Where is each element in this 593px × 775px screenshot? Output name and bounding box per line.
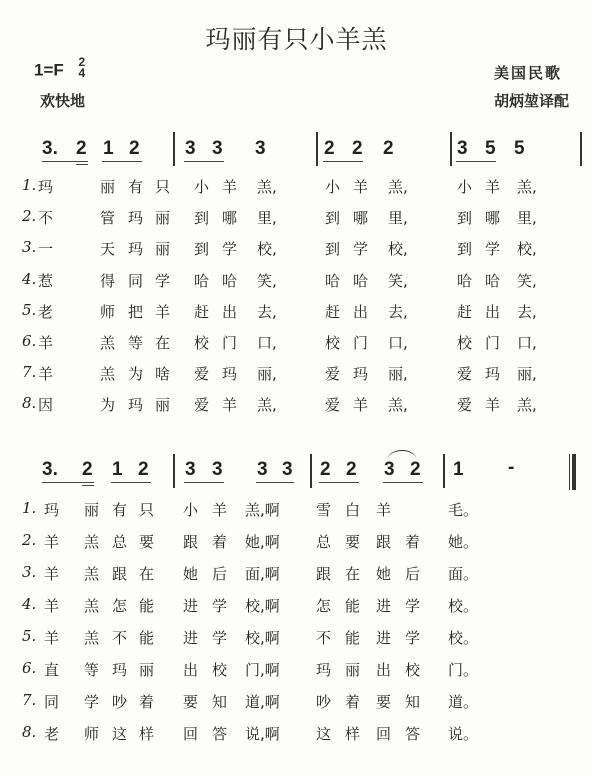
lyric-syllable: 学 — [353, 238, 368, 259]
note: 2 — [129, 138, 140, 160]
lyric-syllable: 羊 — [212, 499, 227, 520]
final-bar-thick — [572, 454, 576, 490]
lyric-syllable: 丽, — [257, 363, 277, 384]
lyric-syllable: 羊 — [38, 363, 53, 384]
lyric-syllable: 校, — [388, 238, 408, 259]
lyric-syllable: 羊 — [44, 563, 59, 584]
lyric-syllable: 门 — [222, 332, 237, 353]
lyric-syllable: 羔, — [388, 176, 408, 197]
verse-number: 2. — [22, 207, 36, 225]
bar-line — [443, 454, 445, 488]
verse-number: 8. — [22, 394, 36, 412]
lyric-syllable: 跟 — [183, 531, 198, 552]
lyric-syllable: 爱 — [325, 363, 340, 384]
lyric-syllable: 羊 — [155, 301, 170, 322]
lyric-syllable: 校,啊 — [245, 627, 280, 648]
lyric-syllable: 羊 — [353, 176, 368, 197]
beam — [184, 482, 224, 483]
lyric-syllable: 到 — [325, 238, 340, 259]
lyric-syllable: 羊 — [44, 595, 59, 616]
key-label: 1=F — [34, 60, 64, 79]
lyric-syllable: 羊 — [353, 394, 368, 415]
lyric-syllable: 学 — [405, 595, 420, 616]
lyric-syllable: 吵 — [112, 691, 127, 712]
lyric-syllable: 哈 — [353, 270, 368, 291]
lyric-syllable: 羊 — [222, 394, 237, 415]
note: 5 — [485, 138, 496, 160]
lyric-syllable: 羊 — [376, 499, 391, 520]
lyric-syllable: 不 — [316, 627, 331, 648]
lyric-syllable: 着 — [139, 691, 154, 712]
lyric-syllable: 口, — [257, 332, 277, 353]
lyric-syllable: 校 — [325, 332, 340, 353]
note: 1 — [453, 459, 464, 481]
lyric-syllable: 出 — [222, 301, 237, 322]
key-signature: 1=F 2 4 — [34, 60, 85, 82]
beam — [111, 482, 151, 483]
lyric-syllable: 学 — [222, 238, 237, 259]
lyric-syllable: 里, — [257, 207, 277, 228]
lyric-syllable: 能 — [139, 627, 154, 648]
lyric-syllable: 玛 — [38, 176, 53, 197]
lyric-syllable: 羔 — [84, 531, 99, 552]
bar-line — [316, 132, 318, 166]
lyric-syllable: 只 — [155, 176, 170, 197]
lyric-syllable: 羊 — [485, 394, 500, 415]
bar-line — [310, 454, 312, 488]
lyric-syllable: 怎 — [112, 595, 127, 616]
lyric-syllable: 玛 — [128, 394, 143, 415]
lyric-syllable: 说,啊 — [245, 723, 280, 744]
lyric-syllable: 赶 — [194, 301, 209, 322]
lyric-syllable: 丽 — [139, 659, 154, 680]
beam — [323, 161, 363, 162]
lyric-syllable: 她 — [376, 563, 391, 584]
lyric-syllable: 笑, — [517, 270, 537, 291]
lyric-syllable: 到 — [194, 207, 209, 228]
lyric-syllable: 后 — [405, 563, 420, 584]
lyric-syllable: 直 — [44, 659, 59, 680]
lyric-syllable: 口, — [517, 332, 537, 353]
lyric-syllable: 着 — [405, 531, 420, 552]
note: 3 — [257, 459, 268, 481]
lyric-syllable: 羔 — [100, 363, 115, 384]
lyric-syllable: 羔,啊 — [245, 499, 280, 520]
lyric-syllable: 口, — [388, 332, 408, 353]
lyric-syllable: 面,啊 — [245, 563, 280, 584]
lyric-syllable: 校 — [212, 659, 227, 680]
lyric-syllable: 到 — [457, 238, 472, 259]
lyric-syllable: 进 — [183, 595, 198, 616]
lyric-syllable: 校。 — [448, 595, 478, 616]
note: 1 — [112, 459, 123, 481]
lyric-syllable: 小 — [457, 176, 472, 197]
lyric-syllable: 怎 — [316, 595, 331, 616]
lyric-syllable: 出 — [353, 301, 368, 322]
lyric-syllable: 门 — [353, 332, 368, 353]
lyric-syllable: 丽 — [345, 659, 360, 680]
beam — [456, 161, 496, 162]
note: 3 — [384, 459, 395, 481]
lyric-syllable: 爱 — [457, 394, 472, 415]
lyric-syllable: 道。 — [448, 691, 478, 712]
time-signature: 2 4 — [79, 57, 86, 79]
lyric-syllable: 羔, — [517, 176, 537, 197]
note: 3 — [282, 459, 293, 481]
lyric-syllable: 能 — [139, 595, 154, 616]
verse-number: 6. — [22, 332, 36, 350]
lyric-syllable: 丽 — [155, 394, 170, 415]
lyric-syllable: 哈 — [457, 270, 472, 291]
lyric-syllable: 老 — [38, 301, 53, 322]
bar-line — [173, 454, 175, 488]
note: 3. — [42, 138, 58, 160]
lyric-syllable: 赶 — [325, 301, 340, 322]
lyric-syllable: 把 — [128, 301, 143, 322]
note: 2 — [352, 138, 363, 160]
lyric-syllable: 知 — [405, 691, 420, 712]
lyric-syllable: 哈 — [325, 270, 340, 291]
lyric-syllable: 答 — [405, 723, 420, 744]
lyric-syllable: 羊 — [38, 332, 53, 353]
note: 2 — [138, 459, 149, 481]
lyric-syllable: 样 — [345, 723, 360, 744]
lyric-syllable: 羔, — [517, 394, 537, 415]
lyric-syllable: 玛 — [44, 499, 59, 520]
lyric-syllable: 天 — [100, 238, 115, 259]
lyric-syllable: 不 — [112, 627, 127, 648]
verse-number: 7. — [22, 363, 36, 381]
note: 3. — [42, 459, 58, 481]
lyric-syllable: 只 — [139, 499, 154, 520]
verse-number: 4. — [22, 595, 36, 613]
lyric-syllable: 哪 — [485, 207, 500, 228]
lyric-syllable: 校,啊 — [245, 595, 280, 616]
lyric-syllable: 羊 — [485, 176, 500, 197]
lyric-syllable: 回 — [376, 723, 391, 744]
lyric-syllable: 答 — [212, 723, 227, 744]
lyric-syllable: 校, — [517, 238, 537, 259]
song-title: 玛丽有只小羊羔 — [0, 20, 593, 56]
verse-number: 7. — [22, 691, 36, 709]
lyric-syllable: 羊 — [222, 176, 237, 197]
lyric-syllable: 惹 — [38, 270, 53, 291]
lyric-syllable: 哪 — [353, 207, 368, 228]
lyric-syllable: 她 — [183, 563, 198, 584]
lyric-syllable: 丽 — [155, 238, 170, 259]
lyric-syllable: 能 — [345, 627, 360, 648]
lyric-syllable: 有 — [112, 499, 127, 520]
lyric-syllable: 毛。 — [448, 499, 478, 520]
lyric-syllable: 在 — [345, 563, 360, 584]
lyric-syllable: 哈 — [194, 270, 209, 291]
lyric-syllable: 得 — [100, 270, 115, 291]
lyric-syllable: 进 — [376, 627, 391, 648]
lyric-syllable: 丽 — [100, 176, 115, 197]
lyric-syllable: 里, — [517, 207, 537, 228]
lyric-syllable: 去, — [388, 301, 408, 322]
lyric-syllable: 门。 — [448, 659, 478, 680]
song-origin: 美国民歌 — [494, 62, 562, 83]
note: 5 — [514, 138, 525, 160]
lyric-syllable: 到 — [194, 238, 209, 259]
verse-number: 5. — [22, 627, 36, 645]
lyric-syllable: 玛 — [112, 659, 127, 680]
lyric-syllable: 门 — [485, 332, 500, 353]
beam — [42, 482, 94, 483]
lyric-syllable: 学 — [212, 595, 227, 616]
lyric-syllable: 爱 — [194, 363, 209, 384]
note: 3 — [255, 138, 266, 160]
lyric-syllable: 里, — [388, 207, 408, 228]
note: 2 — [346, 459, 357, 481]
lyric-syllable: 赶 — [457, 301, 472, 322]
note: 3 — [185, 459, 196, 481]
lyric-syllable: 爱 — [194, 394, 209, 415]
lyric-syllable: 因 — [38, 394, 53, 415]
lyric-syllable: 为 — [100, 394, 115, 415]
lyric-syllable: 回 — [183, 723, 198, 744]
verse-number: 8. — [22, 723, 36, 741]
lyric-syllable: 门,啊 — [245, 659, 280, 680]
lyric-syllable: 笑, — [388, 270, 408, 291]
lyric-syllable: 羊 — [44, 627, 59, 648]
note: 2 — [324, 138, 335, 160]
lyric-syllable: 去, — [517, 301, 537, 322]
verse-number: 2. — [22, 531, 36, 549]
lyric-syllable: 小 — [183, 499, 198, 520]
note: 3 — [185, 138, 196, 160]
lyric-syllable: 丽 — [84, 499, 99, 520]
lyric-syllable: 师 — [100, 301, 115, 322]
lyric-syllable: 爱 — [457, 363, 472, 384]
tempo-marking: 欢快地 — [40, 90, 85, 111]
song-arranger: 胡炳堃译配 — [494, 90, 569, 111]
lyric-syllable: 丽, — [517, 363, 537, 384]
lyric-syllable: 校。 — [448, 627, 478, 648]
verse-number: 3. — [22, 238, 36, 256]
lyric-syllable: 等 — [128, 332, 143, 353]
note: 3 — [212, 138, 223, 160]
lyric-syllable: 羔 — [84, 595, 99, 616]
lyric-syllable: 丽, — [388, 363, 408, 384]
lyric-syllable: 学 — [155, 270, 170, 291]
lyric-syllable: 玛 — [485, 363, 500, 384]
note: 2 — [82, 459, 93, 481]
lyric-syllable: 学 — [84, 691, 99, 712]
lyric-syllable: 到 — [325, 207, 340, 228]
note: 1 — [103, 138, 114, 160]
verse-number: 1. — [22, 176, 36, 194]
verse-number: 5. — [22, 301, 36, 319]
lyric-syllable: 吵 — [316, 691, 331, 712]
lyric-syllable: 道,啊 — [245, 691, 280, 712]
lyric-syllable: 白 — [345, 499, 360, 520]
note: 2 — [320, 459, 331, 481]
lyric-syllable: 能 — [345, 595, 360, 616]
note: 2 — [76, 138, 87, 160]
lyric-syllable: 去, — [257, 301, 277, 322]
beam — [42, 161, 88, 162]
lyric-syllable: 出 — [485, 301, 500, 322]
lyric-syllable: 校 — [194, 332, 209, 353]
lyric-syllable: 爱 — [325, 394, 340, 415]
verse-number: 3. — [22, 563, 36, 581]
lyric-syllable: 羊 — [44, 531, 59, 552]
lyric-syllable: 哈 — [222, 270, 237, 291]
note: 3 — [457, 138, 468, 160]
lyric-syllable: 校, — [257, 238, 277, 259]
lyric-syllable: 她。 — [448, 531, 478, 552]
beam — [82, 485, 94, 486]
lyric-syllable: 校 — [405, 659, 420, 680]
lyric-syllable: 着 — [212, 531, 227, 552]
lyric-syllable: 玛 — [128, 207, 143, 228]
lyric-syllable: 管 — [100, 207, 115, 228]
lyric-syllable: 总 — [316, 531, 331, 552]
lyric-syllable: 要 — [376, 691, 391, 712]
lyric-syllable: 要 — [183, 691, 198, 712]
lyric-syllable: 她,啊 — [245, 531, 280, 552]
final-bar-thin — [569, 454, 570, 490]
note: 2 — [410, 459, 421, 481]
lyric-syllable: 啥 — [155, 363, 170, 384]
lyric-syllable: 学 — [212, 627, 227, 648]
lyric-syllable: 校 — [457, 332, 472, 353]
lyric-syllable: 小 — [194, 176, 209, 197]
lyric-syllable: 哪 — [222, 207, 237, 228]
lyric-syllable: 到 — [457, 207, 472, 228]
lyric-syllable: 同 — [44, 691, 59, 712]
lyric-syllable: 一 — [38, 238, 53, 259]
lyric-syllable: 这 — [316, 723, 331, 744]
time-signature-bottom: 4 — [79, 66, 86, 80]
lyric-syllable: 玛 — [316, 659, 331, 680]
lyric-syllable: 要 — [345, 531, 360, 552]
lyric-syllable: 总 — [112, 531, 127, 552]
lyric-syllable: 笑, — [257, 270, 277, 291]
bar-line — [173, 132, 175, 166]
lyric-syllable: 玛 — [353, 363, 368, 384]
lyric-syllable: 羔 — [84, 563, 99, 584]
verse-number: 6. — [22, 659, 36, 677]
bar-line — [580, 132, 582, 166]
beam — [319, 482, 359, 483]
lyric-syllable: 跟 — [112, 563, 127, 584]
lyric-syllable: 等 — [84, 659, 99, 680]
lyric-syllable: 后 — [212, 563, 227, 584]
dash-hold: - — [508, 457, 514, 479]
lyric-syllable: 小 — [325, 176, 340, 197]
lyric-syllable: 老 — [44, 723, 59, 744]
note: 3 — [212, 459, 223, 481]
lyric-syllable: 为 — [128, 363, 143, 384]
lyric-syllable: 面。 — [448, 563, 478, 584]
lyric-syllable: 说。 — [448, 723, 478, 744]
lyric-syllable: 样 — [139, 723, 154, 744]
beam — [256, 482, 294, 483]
lyric-syllable: 羔, — [388, 394, 408, 415]
lyric-syllable: 羔 — [84, 627, 99, 648]
lyric-syllable: 这 — [112, 723, 127, 744]
lyric-syllable: 着 — [345, 691, 360, 712]
lyric-syllable: 羔, — [257, 176, 277, 197]
bar-line — [450, 132, 452, 166]
lyric-syllable: 同 — [128, 270, 143, 291]
verse-number: 1. — [22, 499, 36, 517]
lyric-syllable: 不 — [38, 207, 53, 228]
lyric-syllable: 羔, — [257, 394, 277, 415]
lyric-syllable: 跟 — [376, 531, 391, 552]
lyric-syllable: 进 — [183, 627, 198, 648]
note: 2 — [383, 138, 394, 160]
lyric-syllable: 要 — [139, 531, 154, 552]
lyric-syllable: 跟 — [316, 563, 331, 584]
lyric-syllable: 在 — [139, 563, 154, 584]
beam — [76, 164, 88, 165]
slur — [388, 450, 416, 459]
lyric-syllable: 哈 — [485, 270, 500, 291]
lyric-syllable: 在 — [155, 332, 170, 353]
lyric-syllable: 丽 — [155, 207, 170, 228]
lyric-syllable: 玛 — [222, 363, 237, 384]
beam — [383, 482, 423, 483]
beam — [184, 161, 224, 162]
lyric-syllable: 雪 — [316, 499, 331, 520]
lyric-syllable: 羔 — [100, 332, 115, 353]
lyric-syllable: 出 — [376, 659, 391, 680]
lyric-syllable: 进 — [376, 595, 391, 616]
beam — [102, 161, 142, 162]
lyric-syllable: 有 — [128, 176, 143, 197]
lyric-syllable: 出 — [183, 659, 198, 680]
lyric-syllable: 知 — [212, 691, 227, 712]
lyric-syllable: 学 — [405, 627, 420, 648]
lyric-syllable: 学 — [485, 238, 500, 259]
lyric-syllable: 玛 — [128, 238, 143, 259]
verse-number: 4. — [22, 270, 36, 288]
lyric-syllable: 师 — [84, 723, 99, 744]
